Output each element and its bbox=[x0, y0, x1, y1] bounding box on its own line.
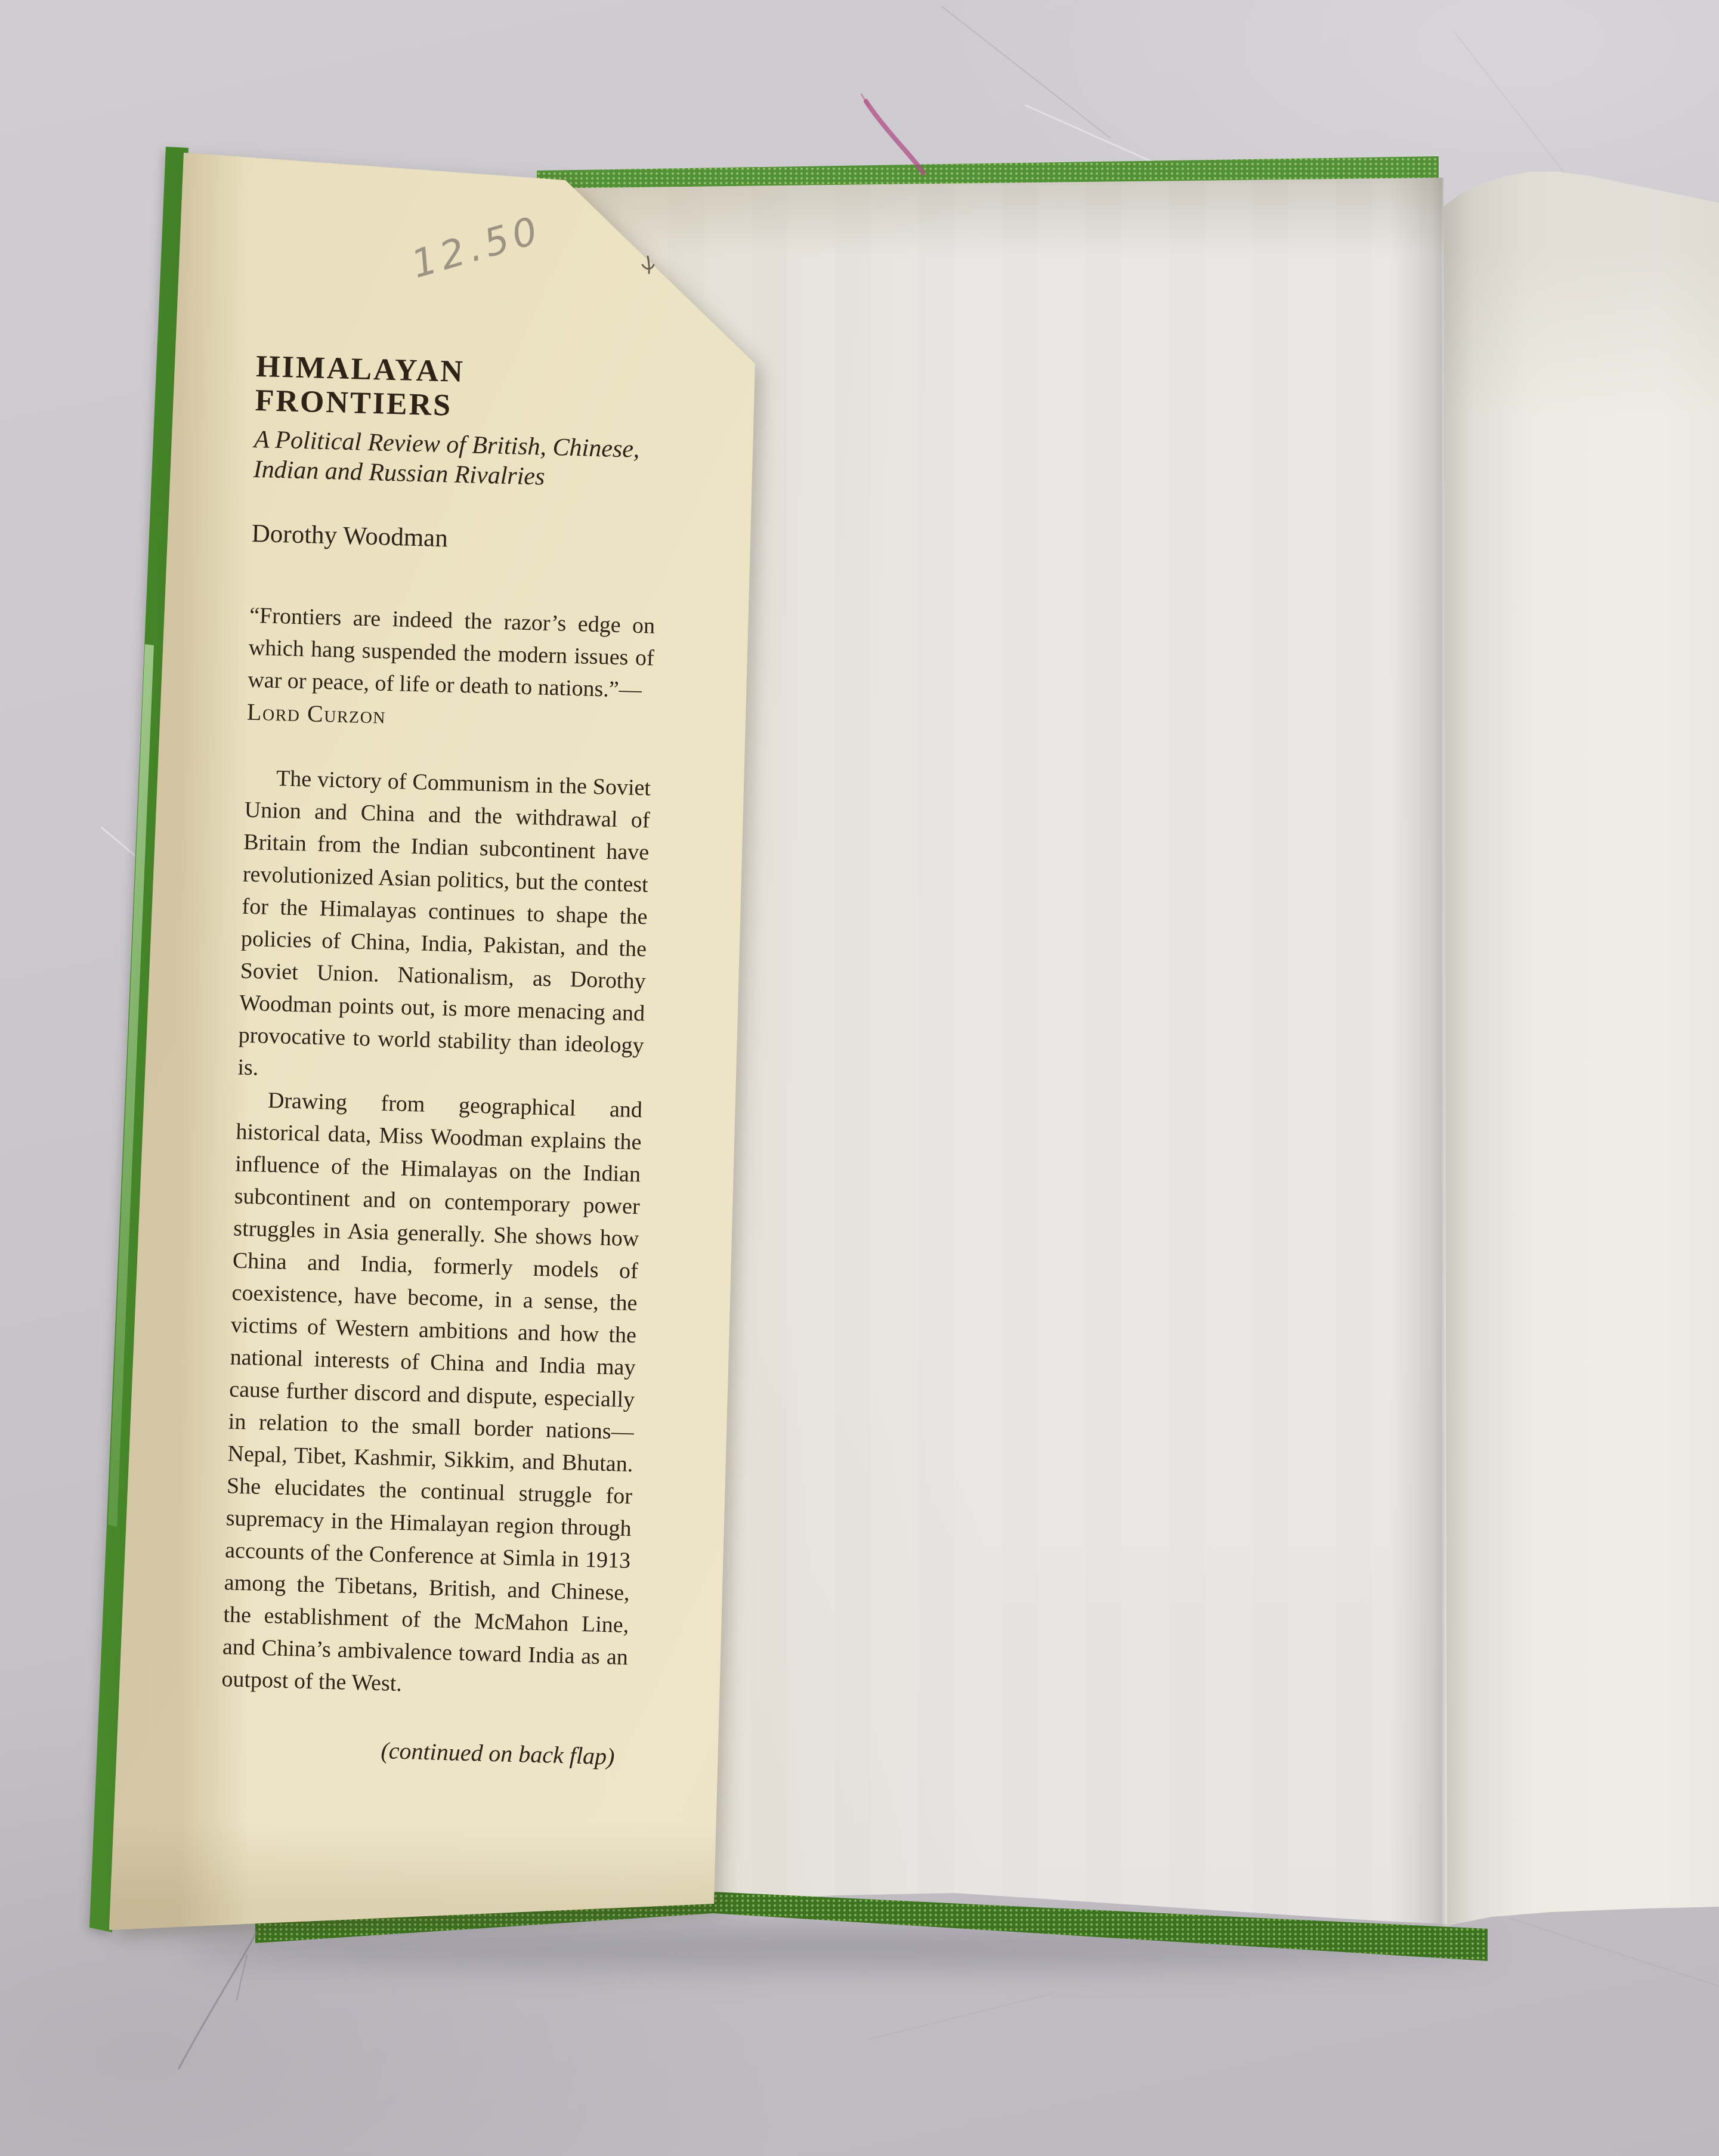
pink-pencil-mark bbox=[866, 101, 923, 173]
flap-text-block: HIMALAYAN FRONTIERS A Political Review o… bbox=[219, 349, 662, 1771]
ink-mark bbox=[642, 256, 654, 273]
book-subtitle: A Political Review of British, Chinese, … bbox=[253, 425, 660, 495]
book-author: Dorothy Woodman bbox=[251, 519, 657, 559]
curzon-quote: “Frontiers are indeed the razor’s edge o… bbox=[248, 599, 656, 707]
stray-hair bbox=[179, 1932, 256, 2068]
stray-hair-branch bbox=[237, 1955, 247, 2000]
flap-paragraph-1: The victory of Communism in the Soviet U… bbox=[237, 762, 651, 1094]
photo-background: 12.50 HIMALAYAN FRONTIERS A Political Re… bbox=[0, 0, 1719, 2156]
flap-paragraph-2: Drawing from geographical and historical… bbox=[221, 1084, 643, 1706]
book-title: HIMALAYAN FRONTIERS bbox=[255, 349, 662, 428]
